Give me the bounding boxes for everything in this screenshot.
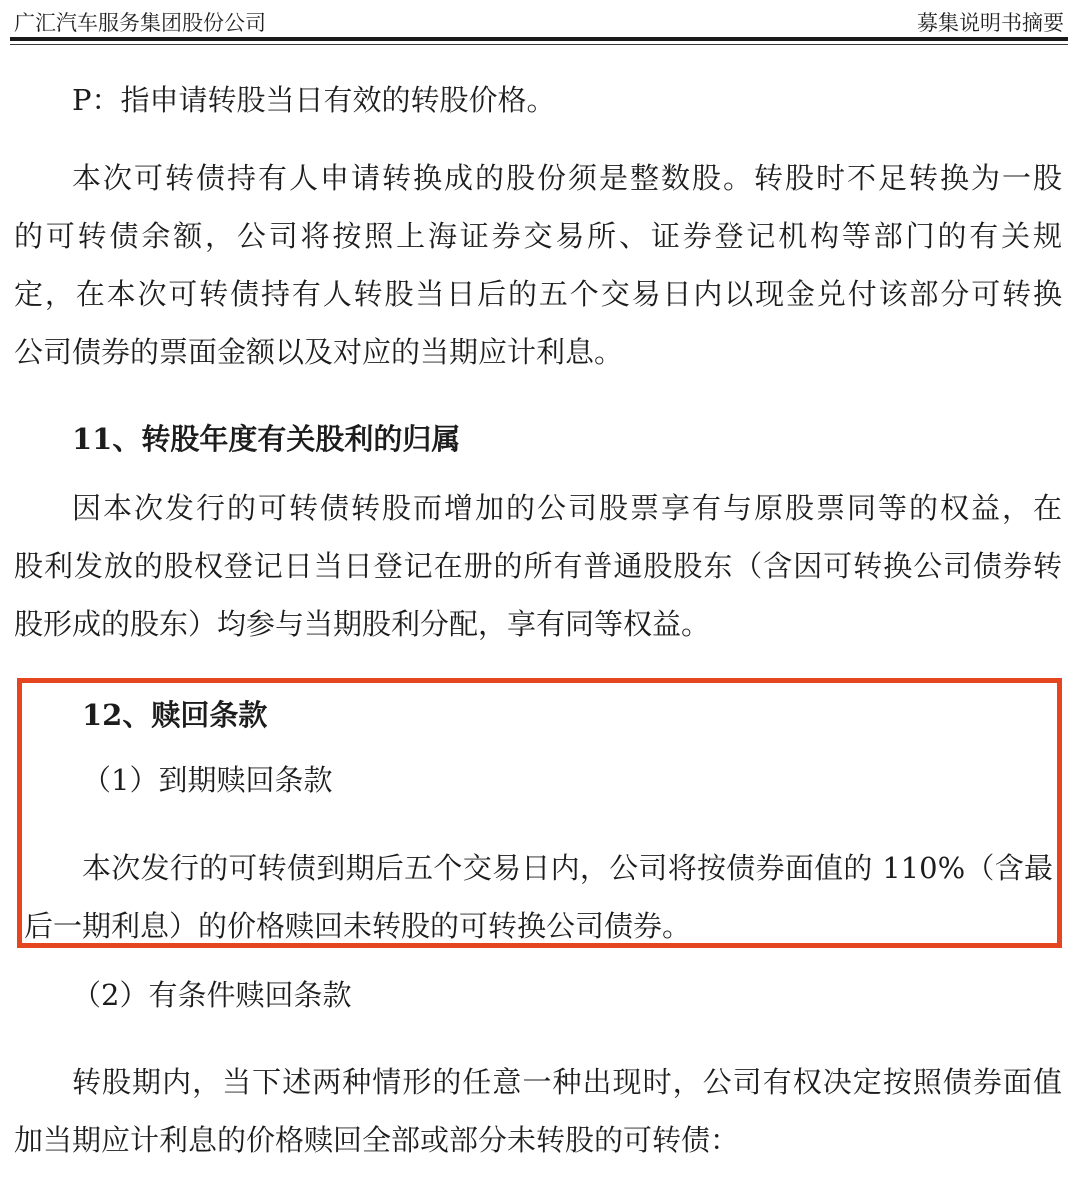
paragraph-line: 后一期利息）的价格赎回未转股的可转换公司债券。 [24, 897, 1053, 955]
paragraph-line: 本次可转债持有人申请转换成的股份须是整数股。转股时不足转换为一股 [14, 149, 1062, 207]
definition-line: P：指申请转股当日有效的转股价格。 [14, 71, 1062, 129]
document-page: 广汇汽车服务集团股份公司 募集说明书摘要 P：指申请转股当日有效的转股价格。 本… [0, 0, 1080, 1185]
paragraph-line: 定，在本次可转债持有人转股当日后的五个交易日内以现金兑付该部分可转换 [14, 265, 1062, 323]
paragraph-line: 转股期内，当下述两种情形的任意一种出现时，公司有权决定按照债券面值 [14, 1053, 1062, 1111]
subsection-2-title: （2）有条件赎回条款 [14, 966, 1062, 1024]
paragraph-line: 公司债券的票面金额以及对应的当期应计利息。 [14, 323, 1062, 381]
header-doc-title: 募集说明书摘要 [917, 10, 1064, 36]
paragraph-line: 本次发行的可转债到期后五个交易日内，公司将按债券面值的 110%（含最 [24, 839, 1053, 897]
page-header: 广汇汽车服务集团股份公司 募集说明书摘要 [14, 10, 1064, 36]
paragraph-maturity-redemption: 本次发行的可转债到期后五个交易日内，公司将按债券面值的 110%（含最 后一期利… [24, 839, 1053, 955]
section-heading-11: 11、转股年度有关股利的归属 [14, 410, 1062, 468]
paragraph-line: 加当期应计利息的价格赎回全部或部分未转股的可转债： [14, 1111, 1062, 1169]
paragraph-line: 股形成的股东）均参与当期股利分配，享有同等权益。 [14, 595, 1062, 653]
section-heading-12: 12、赎回条款 [24, 686, 1053, 744]
header-company-name: 广汇汽车服务集团股份公司 [14, 10, 266, 36]
paragraph-line: 股利发放的股权登记日当日登记在册的所有普通股股东（含因可转换公司债券转 [14, 537, 1062, 595]
paragraph-conditional-redemption: 转股期内，当下述两种情形的任意一种出现时，公司有权决定按照债券面值 加当期应计利… [14, 1053, 1062, 1169]
highlight-box-redemption: 12、赎回条款 （1）到期赎回条款 本次发行的可转债到期后五个交易日内，公司将按… [17, 678, 1062, 948]
header-rule [10, 37, 1068, 45]
paragraph-conversion: 本次可转债持有人申请转换成的股份须是整数股。转股时不足转换为一股 的可转债余额，… [14, 149, 1062, 381]
paragraph-dividend: 因本次发行的可转债转股而增加的公司股票享有与原股票同等的权益，在 股利发放的股权… [14, 479, 1062, 653]
paragraph-line: 因本次发行的可转债转股而增加的公司股票享有与原股票同等的权益，在 [14, 479, 1062, 537]
paragraph-line: 的可转债余额，公司将按照上海证券交易所、证券登记机构等部门的有关规 [14, 207, 1062, 265]
subsection-1-title: （1）到期赎回条款 [24, 751, 1053, 809]
